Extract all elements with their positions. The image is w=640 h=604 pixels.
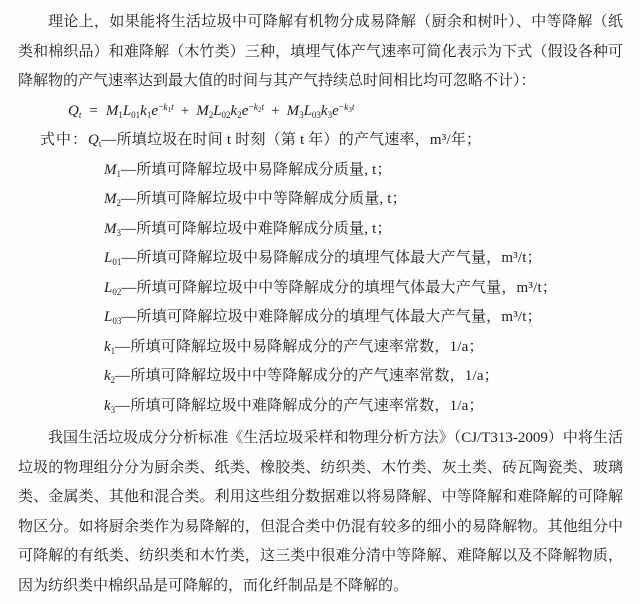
max-yield-variable: L	[123, 103, 131, 119]
definition-row: M3—所填可降解垃圾中难降解成分质量, t；	[18, 215, 623, 245]
definition-text: —所填垃圾在时间 t 时刻（第 t 年）的产气速率，m³/年；	[101, 132, 481, 148]
document-page: 理论上，如果能将生活垃圾中可降解有机物分成易降解（厨余和树叶）、中等降解（纸类和…	[0, 0, 640, 604]
rate-constant-variable: k	[321, 103, 328, 119]
formula-term: M3L03k3e−k3t	[287, 103, 355, 119]
rate-constant-variable: k	[140, 103, 147, 119]
definition-symbol: k3	[104, 398, 115, 414]
definition-symbol: L03	[104, 309, 121, 325]
formula-lhs-sub: t	[79, 110, 82, 120]
definition-row: 式中：Qt—所填垃圾在时间 t 时刻（第 t 年）的产气速率，m³/年；	[18, 126, 623, 156]
definition-row: k2—所填可降解垃圾中中等降解成分的产气速率常数，1/a；	[18, 362, 623, 392]
definition-symbol: M1	[104, 162, 121, 178]
definitions-list: 式中：Qt—所填垃圾在时间 t 时刻（第 t 年）的产气速率，m³/年； M1—…	[18, 126, 623, 421]
paragraph-intro: 理论上，如果能将生活垃圾中可降解有机物分成易降解（厨余和树叶）、中等降解（纸类和…	[18, 8, 623, 97]
formula-term: M2L02k2e−k2t	[196, 103, 264, 119]
definition-text: —所填可降解垃圾中中等降解成分的产气速率常数，1/a；	[115, 368, 499, 384]
definition-text: —所填可降解垃圾中难降解成分的填埋气体最大产气量，m³/t；	[121, 309, 542, 325]
max-yield-variable: L	[304, 103, 312, 119]
mass-variable: M	[196, 103, 209, 119]
mass-variable: M	[106, 103, 119, 119]
max-yield-variable: L	[213, 103, 221, 119]
definition-text: —所填可降解垃圾中难降解成分质量, t；	[121, 221, 392, 237]
definition-symbol: Qt	[88, 132, 101, 148]
definition-row: M1—所填可降解垃圾中易降解成分质量, t；	[18, 156, 623, 186]
definition-symbol: k2	[104, 368, 115, 384]
definition-symbol: L01	[104, 250, 121, 266]
definition-symbol: M3	[104, 221, 121, 237]
paragraph-standard: 我国生活垃圾成分分析标准《生活垃圾采样和物理分析方法》（CJ/T313-2009…	[18, 424, 623, 601]
definition-text: —所填可降解垃圾中易降解成分的产气速率常数，1/a；	[115, 339, 484, 355]
definition-symbol: M2	[104, 191, 121, 207]
definition-text: —所填可降解垃圾中易降解成分的填埋气体最大产气量，m³/t；	[121, 250, 542, 266]
definition-text: —所填可降解垃圾中中等降解成分的填埋气体最大产气量，m³/t；	[121, 280, 557, 296]
formula-lhs: Qt	[68, 103, 81, 119]
mass-variable: M	[287, 103, 300, 119]
euler-e: e	[332, 103, 339, 119]
definition-row: L01—所填可降解垃圾中易降解成分的填埋气体最大产气量，m³/t；	[18, 244, 623, 274]
definition-text: —所填可降解垃圾中难降解成分的产气速率常数，1/a；	[115, 398, 484, 414]
where-label: 式中：	[40, 132, 88, 148]
definition-row: L02—所填可降解垃圾中中等降解成分的填埋气体最大产气量，m³/t；	[18, 274, 623, 304]
exponent: −k1t	[158, 103, 174, 113]
definition-symbol: L02	[104, 280, 121, 296]
plus-sign: +	[271, 103, 279, 119]
equals-sign: =	[89, 103, 97, 119]
definition-symbol: k1	[104, 339, 115, 355]
formula-lhs-base: Q	[68, 103, 79, 119]
formula-term: M1L01k1e−k1t	[106, 103, 174, 119]
definition-row: k3—所填可降解垃圾中难降解成分的产气速率常数，1/a；	[18, 392, 623, 422]
exponent: −k2t	[248, 103, 264, 113]
formula-terms: M1L01k1e−k1t+M2L02k2e−k2t+M3L03k3e−k3t	[106, 103, 355, 119]
definition-row: L03—所填可降解垃圾中难降解成分的填埋气体最大产气量，m³/t；	[18, 303, 623, 333]
euler-e: e	[151, 103, 158, 119]
definition-row: k1—所填可降解垃圾中易降解成分的产气速率常数，1/a；	[18, 333, 623, 363]
definition-text: —所填可降解垃圾中易降解成分质量, t；	[121, 162, 392, 178]
definition-row: M2—所填可降解垃圾中中等降解成分质量, t；	[18, 185, 623, 215]
exponent: −k3t	[339, 103, 355, 113]
formula: Qt=M1L01k1e−k1t+M2L02k2e−k2t+M3L03k3e−k3…	[18, 97, 623, 127]
definition-text: —所填可降解垃圾中中等降解成分质量, t；	[121, 191, 407, 207]
plus-sign: +	[181, 103, 189, 119]
